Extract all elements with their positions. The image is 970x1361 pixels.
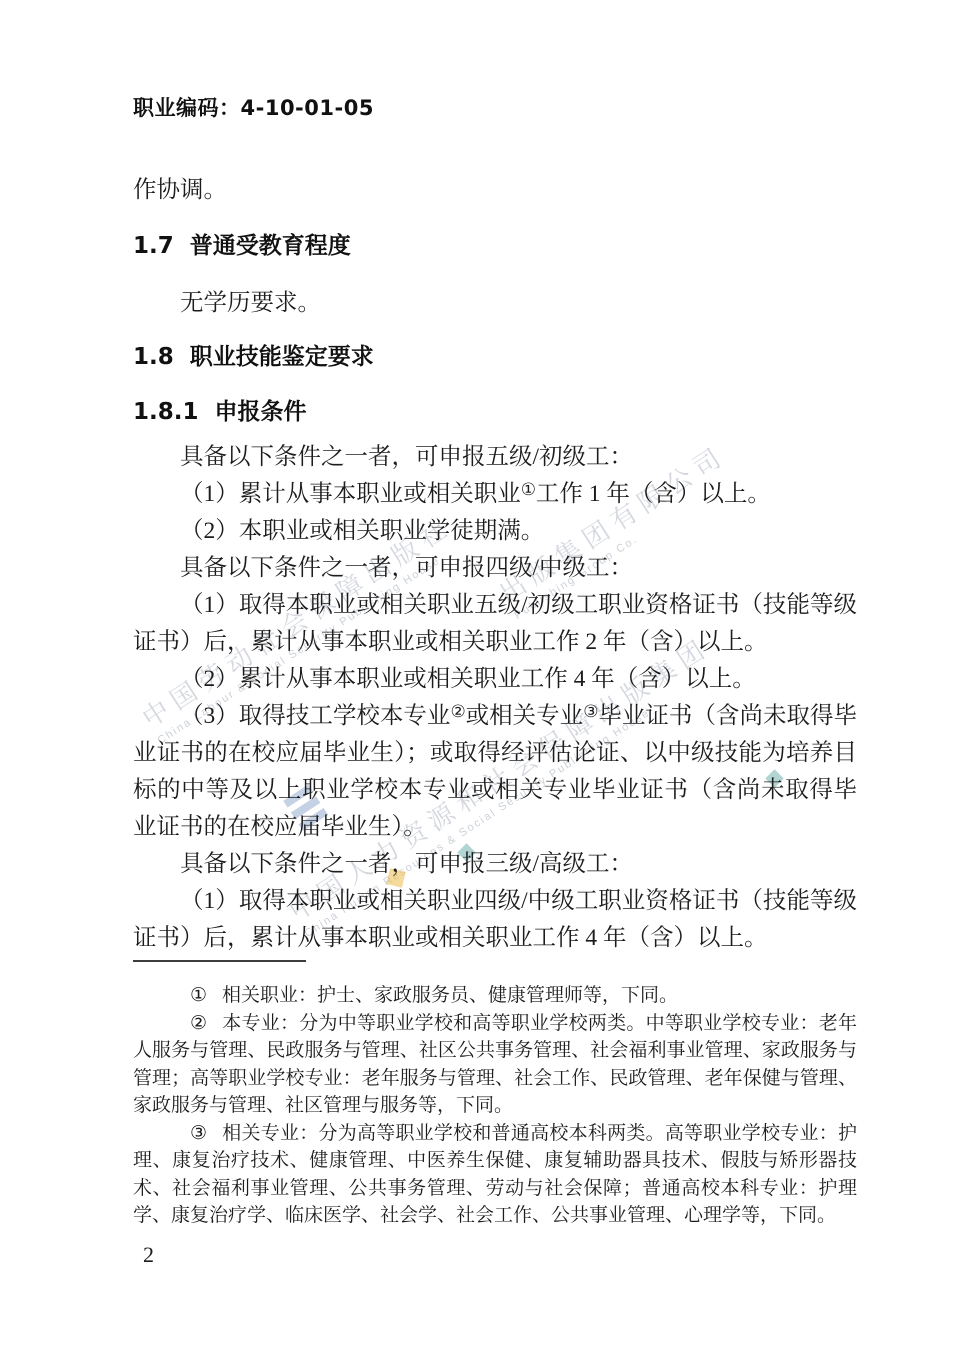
body-paragraph: （2）本职业或相关职业学徒期满。 — [133, 513, 857, 550]
section-title: 普通受教育程度 — [190, 233, 351, 259]
footnote-text: 相关专业：分为高等职业学校和普通高校本科两类。高等职业学校专业：护理、康复治疗技… — [133, 1123, 857, 1227]
carryover-paragraph: 作协调。 — [133, 170, 227, 204]
body-paragraph: 具备以下条件之一者，可申报四级/中级工： — [133, 550, 857, 587]
footnote-text: 相关职业：护士、家政服务员、健康管理师等，下同。 — [222, 985, 678, 1006]
body-paragraph: （1）取得本职业或相关职业四级/中级工职业资格证书（技能等级证书）后，累计从事本… — [133, 883, 857, 957]
footnote-reference-mark: ② — [450, 702, 465, 721]
section-heading-1-7: 1.7普通受教育程度 — [133, 227, 351, 260]
section-heading-1-8: 1.8职业技能鉴定要求 — [133, 338, 374, 371]
section-heading-1-8-1: 1.8.1申报条件 — [133, 393, 307, 426]
education-requirement-text: 无学历要求。 — [180, 283, 321, 317]
footnote: ③相关专业：分为高等职业学校和普通高校本科两类。高等职业学校专业：护理、康复治疗… — [133, 1120, 857, 1230]
body-paragraph: （3）取得技工学校本专业②或相关专业③毕业证书（含尚未取得毕业证书的在校应届毕业… — [133, 698, 857, 846]
section-number: 1.8.1 — [133, 399, 199, 425]
footnote-separator-rule — [133, 960, 306, 962]
body-paragraph: 具备以下条件之一者，可申报五级/初级工： — [133, 439, 857, 476]
body-paragraph: （1）累计从事本职业或相关职业①工作 1 年（含）以上。 — [133, 476, 857, 513]
application-conditions-body: 具备以下条件之一者，可申报五级/初级工：（1）累计从事本职业或相关职业①工作 1… — [133, 439, 857, 957]
section-number: 1.7 — [133, 233, 174, 259]
body-paragraph: （1）取得本职业或相关职业五级/初级工职业资格证书（技能等级证书）后，累计从事本… — [133, 587, 857, 661]
page-number: 2 — [143, 1242, 154, 1268]
footnote-reference-mark: ③ — [583, 702, 598, 721]
document-page: 出版集团有限公司 Publishing Group Co. 中国劳动社会保障出版… — [0, 0, 970, 1361]
section-title: 申报条件 — [215, 399, 307, 425]
footnote: ①相关职业：护士、家政服务员、健康管理师等，下同。 — [133, 982, 857, 1010]
occupation-code-header: 职业编码：4-10-01-05 — [133, 92, 374, 122]
footnote-marker: ② — [190, 1013, 207, 1034]
body-paragraph: （2）累计从事本职业或相关职业工作 4 年（含）以上。 — [133, 661, 857, 698]
body-paragraph: 具备以下条件之一者，可申报三级/高级工： — [133, 846, 857, 883]
footnote-marker: ① — [190, 985, 207, 1006]
footnote-reference-mark: ① — [521, 480, 536, 499]
footnote: ②本专业：分为中等职业学校和高等职业学校两类。中等职业学校专业：老年人服务与管理… — [133, 1010, 857, 1120]
footnote-text: 本专业：分为中等职业学校和高等职业学校两类。中等职业学校专业：老年人服务与管理、… — [133, 1013, 857, 1117]
section-title: 职业技能鉴定要求 — [190, 344, 374, 370]
footnotes-block: ①相关职业：护士、家政服务员、健康管理师等，下同。②本专业：分为中等职业学校和高… — [133, 982, 857, 1230]
footnote-marker: ③ — [190, 1123, 207, 1144]
section-number: 1.8 — [133, 344, 174, 370]
